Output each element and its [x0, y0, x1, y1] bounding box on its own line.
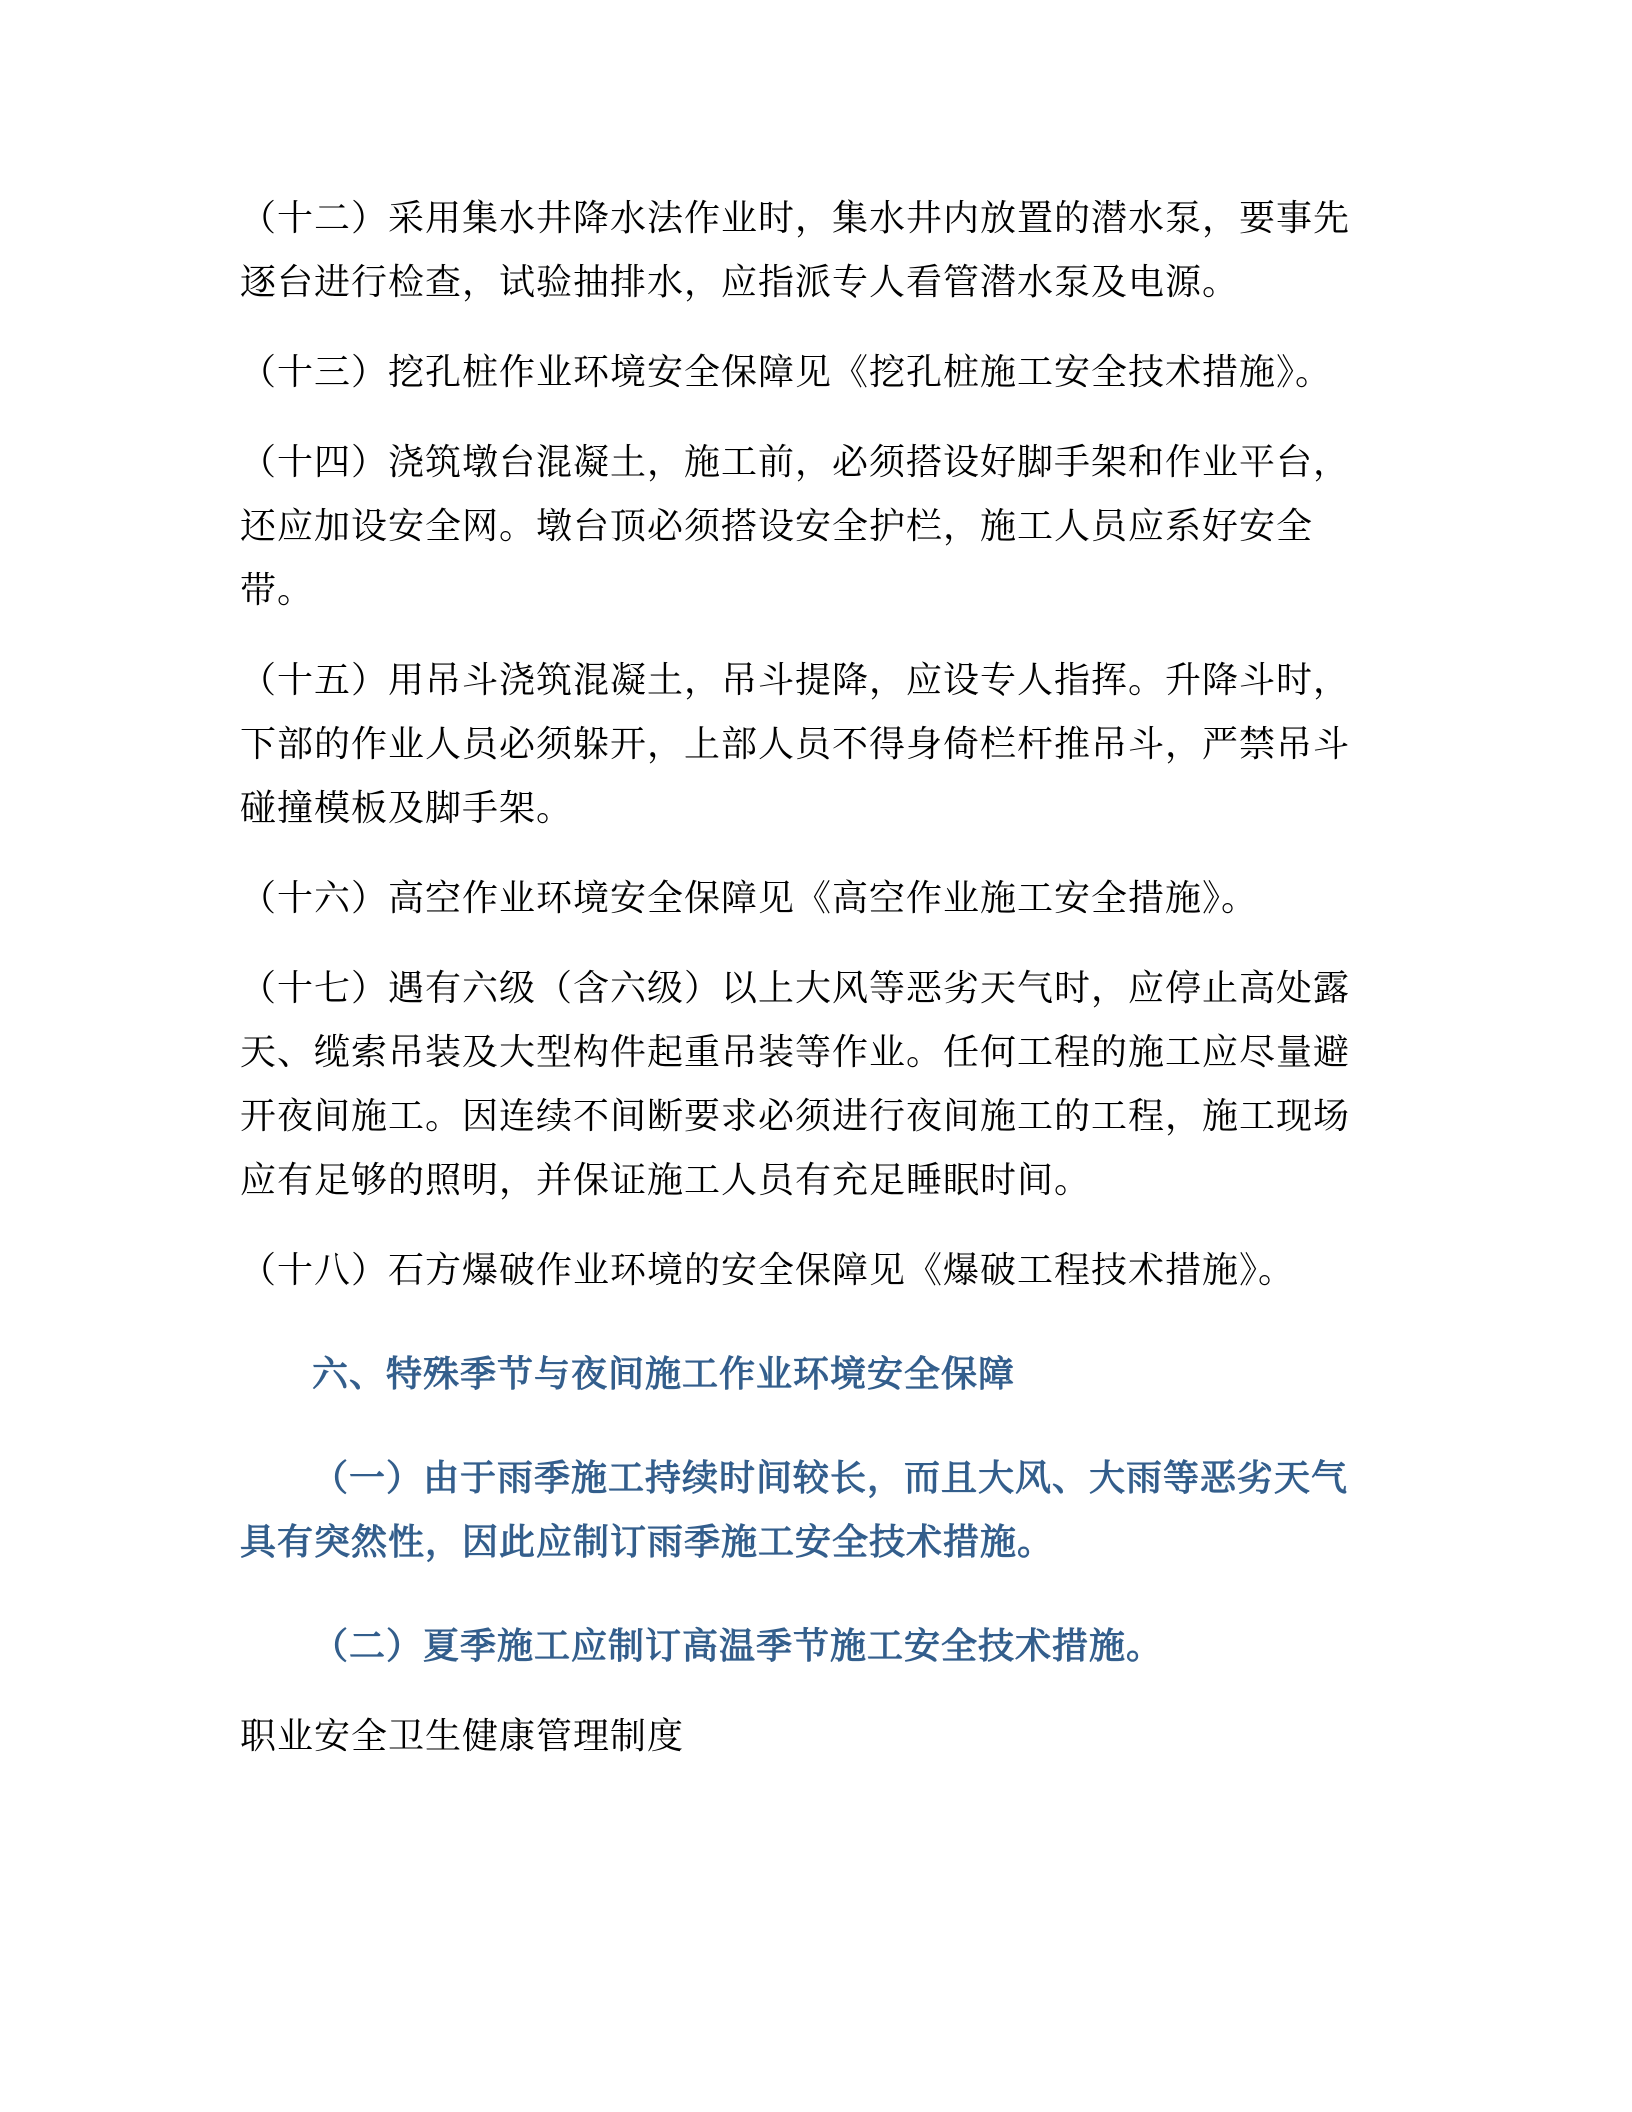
paragraph-item-16: （十六）高空作业环境安全保障见《高空作业施工安全措施》。: [240, 866, 1364, 930]
paragraph-item-12: （十二）采用集水井降水法作业时，集水井内放置的潜水泵，要事先逐台进行检查，试验抽…: [240, 186, 1364, 314]
paragraph-item-18: （十八）石方爆破作业环境的安全保障见《爆破工程技术措施》。: [240, 1238, 1364, 1302]
blue-paragraph-1: （一）由于雨季施工持续时间较长，而且大风、大雨等恶劣天气具有突然性，因此应制订雨…: [240, 1446, 1364, 1574]
document-page: （十二）采用集水井降水法作业时，集水井内放置的潜水泵，要事先逐台进行检查，试验抽…: [0, 0, 1632, 1768]
paragraph-item-15: （十五）用吊斗浇筑混凝土，吊斗提降，应设专人指挥。升降斗时，下部的作业人员必须躲…: [240, 648, 1364, 840]
paragraph-item-13: （十三）挖孔桩作业环境安全保障见《挖孔桩施工安全技术措施》。: [240, 340, 1364, 404]
blue-paragraph-2: （二）夏季施工应制订高温季节施工安全技术措施。: [240, 1614, 1364, 1678]
section-heading: 六、特殊季节与夜间施工作业环境安全保障: [240, 1342, 1364, 1406]
paragraph-item-17: （十七）遇有六级（含六级）以上大风等恶劣天气时，应停止高处露天、缆索吊装及大型构…: [240, 956, 1364, 1212]
paragraph-item-14: （十四）浇筑墩台混凝土，施工前，必须搭设好脚手架和作业平台，还应加设安全网。墩台…: [240, 430, 1364, 622]
footer-line: 职业安全卫生健康管理制度: [240, 1704, 1364, 1768]
